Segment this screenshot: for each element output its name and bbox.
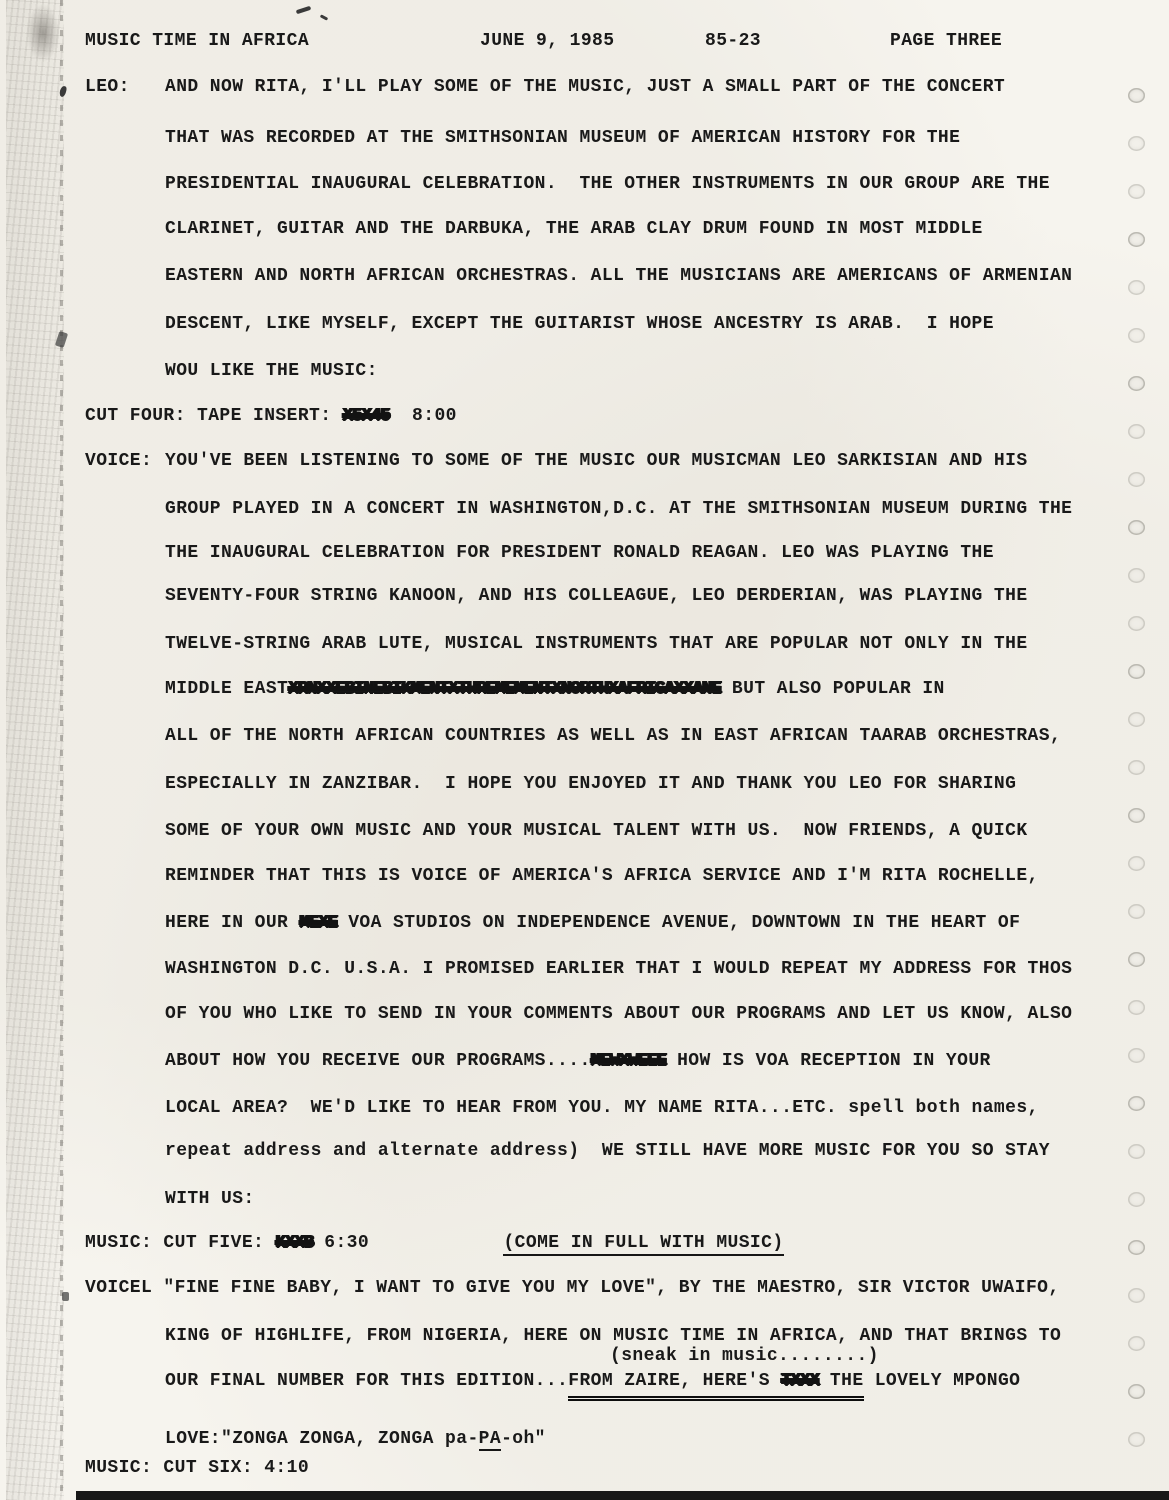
punch-hole-mark xyxy=(1128,136,1145,151)
line-text: "FINE FINE BABY, I WANT TO GIVE YOU MY L… xyxy=(152,1278,1059,1298)
left-edge-fold-line xyxy=(60,0,63,1500)
punch-hole-mark xyxy=(1128,328,1145,343)
page-number: PAGE THREE xyxy=(890,30,1002,52)
punch-hole-mark xyxy=(1128,1144,1145,1159)
line-text: (sneak in music........) xyxy=(610,1346,879,1366)
script-line: WOU LIKE THE MUSIC: xyxy=(165,360,378,382)
punch-hole-mark xyxy=(1128,1000,1145,1015)
broadcast-date: JUNE 9, 1985 xyxy=(480,30,614,52)
script-line: VOICEL "FINE FINE BABY, I WANT TO GIVE Y… xyxy=(85,1277,1060,1299)
script-line: ESPECIALLY IN ZANZIBAR. I HOPE YOU ENJOY… xyxy=(165,773,1016,795)
left-edge-scan-noise xyxy=(6,0,64,1500)
line-text: THAT WAS RECORDED AT THE SMITHSONIAN MUS… xyxy=(165,128,960,148)
script-line: THAT WAS RECORDED AT THE SMITHSONIAN MUS… xyxy=(165,127,960,149)
punch-hole-mark xyxy=(1128,424,1145,439)
line-text: MUSIC: CUT SIX: 4:10 xyxy=(85,1458,309,1478)
cue-line: MUSIC: CUT SIX: 4:10 xyxy=(85,1457,309,1479)
line-text: WITH US: xyxy=(165,1189,255,1209)
punch-hole-mark xyxy=(1128,1096,1145,1111)
line-text: THE INAUGURAL CELEBRATION FOR PRESIDENT … xyxy=(165,543,994,563)
punch-hole-mark xyxy=(1128,568,1145,583)
punch-hole-mark xyxy=(1128,280,1145,295)
line-text: SOME OF YOUR OWN MUSIC AND YOUR MUSICAL … xyxy=(165,821,1028,841)
struck-text: X5X45 xyxy=(343,406,390,426)
script-line: MIDDLE EASTXRNXXEBINEBIKMENTXTHREMEMENTX… xyxy=(165,678,945,700)
heavy-underlined-text: FROM ZAIRE, HERE'S TXXX THE xyxy=(568,1371,863,1401)
script-line: OUR FINAL NUMBER FOR THIS EDITION...FROM… xyxy=(165,1370,1020,1392)
speaker-label: LEO: xyxy=(85,76,165,98)
punch-hole-mark xyxy=(1128,184,1145,199)
bottom-scan-bar xyxy=(76,1491,1169,1500)
line-text: ESPECIALLY IN ZANZIBAR. I HOPE YOU ENJOY… xyxy=(165,774,1016,794)
line-text: REMINDER THAT THIS IS VOICE OF AMERICA'S… xyxy=(165,866,1039,886)
pen-mark xyxy=(296,6,312,14)
script-line: EASTERN AND NORTH AFRICAN ORCHESTRAS. AL… xyxy=(165,265,1072,287)
script-line: OF YOU WHO LIKE TO SEND IN YOUR COMMENTS… xyxy=(165,1003,1072,1025)
line-text: WASHINGTON D.C. U.S.A. I PROMISED EARLIE… xyxy=(165,959,1072,979)
cue-line: MUSIC: CUT FIVE: KXXB 6:30 (COME IN FULL… xyxy=(85,1232,784,1254)
struck-text: XRNXXEBINEBIKMENTXTHREMEMENTXNORTHXAFRIG… xyxy=(288,679,720,699)
punch-hole-mark xyxy=(1128,1240,1145,1255)
struck-text: MEWXWEEE xyxy=(591,1051,666,1071)
punch-hole-mark xyxy=(1128,520,1145,535)
line-text: FROM ZAIRE, HERE'S xyxy=(568,1371,781,1391)
script-line: KING OF HIGHLIFE, FROM NIGERIA, HERE ON … xyxy=(165,1325,1061,1347)
line-text: MIDDLE EAST xyxy=(165,679,288,699)
line-text: TWELVE-STRING ARAB LUTE, MUSICAL INSTRUM… xyxy=(165,634,1028,654)
punch-hole-mark xyxy=(1128,952,1145,967)
punch-hole-mark xyxy=(1128,904,1145,919)
line-text: LOVE:"ZONGA ZONGA, ZONGA pa- xyxy=(165,1429,479,1449)
line-text: OF YOU WHO LIKE TO SEND IN YOUR COMMENTS… xyxy=(165,1004,1072,1024)
script-line: ALL OF THE NORTH AFRICAN COUNTRIES AS WE… xyxy=(165,725,1061,747)
speaker-label: VOICEL xyxy=(85,1278,152,1298)
line-text: OUR FINAL NUMBER FOR THIS EDITION... xyxy=(165,1371,568,1391)
line-text: MUSIC: CUT FIVE: xyxy=(85,1233,275,1253)
script-line: TWELVE-STRING ARAB LUTE, MUSICAL INSTRUM… xyxy=(165,633,1028,655)
underlined-direction: (COME IN FULL WITH MUSIC) xyxy=(503,1233,783,1256)
line-text: HERE IN OUR xyxy=(165,913,299,933)
punch-hole-mark xyxy=(1128,1384,1145,1399)
script-line: REMINDER THAT THIS IS VOICE OF AMERICA'S… xyxy=(165,865,1039,887)
line-text: 8:00 xyxy=(390,406,457,426)
script-line: LEO:AND NOW RITA, I'LL PLAY SOME OF THE … xyxy=(85,76,1005,98)
scanned-script-page: MUSIC TIME IN AFRICA JUNE 9, 1985 85-23 … xyxy=(0,0,1169,1500)
struck-text: MEXE xyxy=(299,913,337,933)
script-line: SEVENTY-FOUR STRING KANOON, AND HIS COLL… xyxy=(165,585,1028,607)
punch-hole-mark xyxy=(1128,1432,1145,1447)
line-text: ABOUT HOW YOU RECEIVE OUR PROGRAMS.... xyxy=(165,1051,591,1071)
line-text: EASTERN AND NORTH AFRICAN ORCHESTRAS. AL… xyxy=(165,266,1072,286)
line-text: repeat address and alternate address) WE… xyxy=(165,1141,1050,1161)
script-line: VOICE:YOU'VE BEEN LISTENING TO SOME OF T… xyxy=(85,450,1028,472)
line-text: HOW IS VOA RECEPTION IN YOUR xyxy=(666,1051,991,1071)
script-line: WITH US: xyxy=(165,1188,255,1210)
line-text: BUT ALSO POPULAR IN xyxy=(721,679,945,699)
line-text: DESCENT, LIKE MYSELF, EXCEPT THE GUITARI… xyxy=(165,314,994,334)
line-text: CUT FOUR: TAPE INSERT: xyxy=(85,406,343,426)
line-text: WOU LIKE THE MUSIC: xyxy=(165,361,378,381)
line-text: 6:30 xyxy=(313,1233,503,1253)
struck-text: KXXB xyxy=(275,1233,313,1253)
punch-hole-mark xyxy=(1128,616,1145,631)
punch-hole-mark xyxy=(1128,712,1145,727)
script-line: ABOUT HOW YOU RECEIVE OUR PROGRAMS....ME… xyxy=(165,1050,991,1072)
script-line: repeat address and alternate address) WE… xyxy=(165,1140,1050,1162)
underlined-text: PA xyxy=(479,1429,501,1451)
script-line: CLARINET, GUITAR AND THE DARBUKA, THE AR… xyxy=(165,218,983,240)
line-text: AND NOW RITA, I'LL PLAY SOME OF THE MUSI… xyxy=(165,77,1005,97)
punch-hole-mark xyxy=(1128,1336,1145,1351)
line-text: KING OF HIGHLIFE, FROM NIGERIA, HERE ON … xyxy=(165,1326,1061,1346)
line-text: CLARINET, GUITAR AND THE DARBUKA, THE AR… xyxy=(165,219,983,239)
punch-hole-mark xyxy=(1128,88,1145,103)
script-line: LOCAL AREA? WE'D LIKE TO HEAR FROM YOU. … xyxy=(165,1097,1039,1119)
document-title: MUSIC TIME IN AFRICA xyxy=(85,30,309,52)
inserted-direction: (sneak in music........) xyxy=(610,1345,879,1367)
script-line: DESCENT, LIKE MYSELF, EXCEPT THE GUITARI… xyxy=(165,313,994,335)
script-line: HERE IN OUR MEXE VOA STUDIOS ON INDEPEND… xyxy=(165,912,1020,934)
speaker-label: VOICE: xyxy=(85,450,165,472)
punch-hole-mark xyxy=(1128,1192,1145,1207)
script-line: WASHINGTON D.C. U.S.A. I PROMISED EARLIE… xyxy=(165,958,1072,980)
script-line: LOVE:"ZONGA ZONGA, ZONGA pa-PA-oh" xyxy=(165,1428,546,1450)
script-line: PRESIDENTIAL INAUGURAL CELEBRATION. THE … xyxy=(165,173,1050,195)
cue-line: CUT FOUR: TAPE INSERT: X5X45 8:00 xyxy=(85,405,457,427)
punch-hole-mark xyxy=(1128,856,1145,871)
script-line: GROUP PLAYED IN A CONCERT IN WASHINGTON,… xyxy=(165,498,1072,520)
struck-text: TXXX xyxy=(781,1371,819,1391)
script-line: THE INAUGURAL CELEBRATION FOR PRESIDENT … xyxy=(165,542,994,564)
line-text: -oh" xyxy=(501,1429,546,1449)
script-line: SOME OF YOUR OWN MUSIC AND YOUR MUSICAL … xyxy=(165,820,1028,842)
script-code: 85-23 xyxy=(705,30,761,52)
line-text: LOVELY MPONGO xyxy=(864,1371,1021,1391)
line-text: THE xyxy=(819,1371,864,1391)
punch-hole-mark xyxy=(1128,232,1145,247)
line-text: PRESIDENTIAL INAUGURAL CELEBRATION. THE … xyxy=(165,174,1050,194)
pen-mark xyxy=(320,14,328,20)
punch-hole-mark xyxy=(1128,664,1145,679)
line-text: VOA STUDIOS ON INDEPENDENCE AVENUE, DOWN… xyxy=(337,913,1020,933)
punch-hole-mark xyxy=(1128,760,1145,775)
line-text: LOCAL AREA? WE'D LIKE TO HEAR FROM YOU. … xyxy=(165,1098,1039,1118)
punch-hole-mark xyxy=(1128,808,1145,823)
punch-hole-mark xyxy=(1128,1048,1145,1063)
punch-hole-mark xyxy=(1128,472,1145,487)
punch-hole-mark xyxy=(1128,1288,1145,1303)
scan-smudge xyxy=(26,4,60,62)
smudge-mark xyxy=(62,1292,69,1301)
line-text: YOU'VE BEEN LISTENING TO SOME OF THE MUS… xyxy=(165,451,1028,471)
line-text: ALL OF THE NORTH AFRICAN COUNTRIES AS WE… xyxy=(165,726,1061,746)
line-text: SEVENTY-FOUR STRING KANOON, AND HIS COLL… xyxy=(165,586,1028,606)
line-text: GROUP PLAYED IN A CONCERT IN WASHINGTON,… xyxy=(165,499,1072,519)
punch-hole-mark xyxy=(1128,376,1145,391)
